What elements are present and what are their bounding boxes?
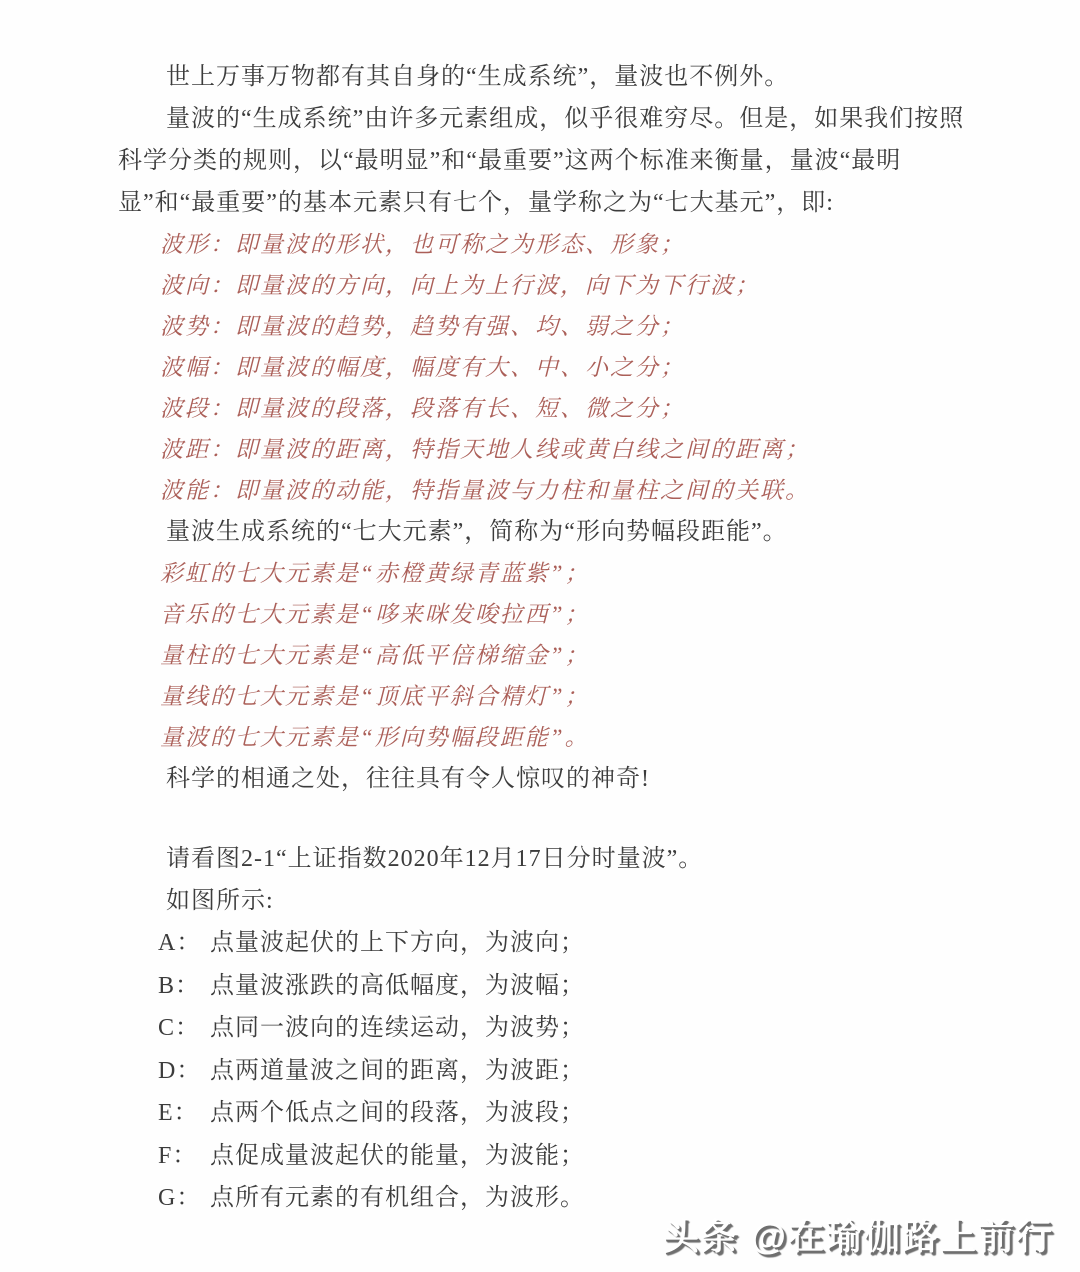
list-item: 波势：即量波的趋势，趋势有强、均、弱之分；	[160, 306, 968, 347]
point-label: B：	[158, 965, 210, 1008]
list-item: 量波的七大元素是“形向势幅段距能”。	[160, 717, 968, 758]
book-page: 世上万事万物都有其自身的“生成系统”，量波也不例外。 量波的“生成系统”由许多元…	[0, 0, 1080, 1272]
point-text: 点量波起伏的上下方向，为波向；	[210, 930, 585, 956]
as-shown-line: 如图所示:	[118, 880, 968, 922]
list-item: 波能：即量波的动能，特指量波与力柱和量柱之间的关联。	[160, 470, 968, 511]
list-item: 波向：即量波的方向，向上为上行波，向下为下行波；	[160, 265, 968, 306]
point-text: 点两道量波之间的距离，为波距；	[210, 1058, 585, 1084]
figure-point: D：点两道量波之间的距离，为波距；	[158, 1050, 968, 1093]
list-item: 波距：即量波的距离，特指天地人线或黄白线之间的距离；	[160, 429, 968, 470]
summary-line: 量波生成系统的“七大元素”，简称为“形向势幅段距能”。	[118, 511, 968, 553]
point-text: 点同一波向的连续运动，为波势；	[210, 1015, 585, 1041]
list-item: 量柱的七大元素是“高低平倍梯缩金”；	[160, 635, 968, 676]
point-label: A：	[158, 922, 210, 965]
figure-point: B：点量波涨跌的高低幅度，为波幅；	[158, 965, 968, 1008]
list-item: 波形：即量波的形状，也可称之为形态、形象；	[160, 224, 968, 265]
figure-point: F：点促成量波起伏的能量，为波能；	[158, 1135, 968, 1178]
list-item: 波段：即量波的段落，段落有长、短、微之分；	[160, 388, 968, 429]
figure-point: C：点同一波向的连续运动，为波势；	[158, 1007, 968, 1050]
point-label: D：	[158, 1050, 210, 1093]
exclaim-line: 科学的相通之处，往往具有令人惊叹的神奇!	[118, 758, 968, 800]
list-item: 音乐的七大元素是“哆来咪发唆拉西”；	[160, 594, 968, 635]
point-text: 点促成量波起伏的能量，为波能；	[210, 1143, 585, 1169]
seven-elements-list: 波形：即量波的形状，也可称之为形态、形象； 波向：即量波的方向，向上为上行波，向…	[118, 224, 968, 511]
point-text: 点所有元素的有机组合，为波形。	[210, 1185, 585, 1211]
point-label: F：	[158, 1135, 210, 1178]
point-label: G：	[158, 1177, 210, 1220]
figure-points-list: A：点量波起伏的上下方向，为波向； B：点量波涨跌的高低幅度，为波幅； C：点同…	[118, 922, 968, 1220]
figure-point: A：点量波起伏的上下方向，为波向；	[158, 922, 968, 965]
figure-point: E：点两个低点之间的段落，为波段；	[158, 1092, 968, 1135]
paragraph-gap	[118, 800, 968, 838]
point-label: C：	[158, 1007, 210, 1050]
list-item: 彩虹的七大元素是“赤橙黄绿青蓝紫”；	[160, 553, 968, 594]
analogies-list: 彩虹的七大元素是“赤橙黄绿青蓝紫”； 音乐的七大元素是“哆来咪发唆拉西”； 量柱…	[118, 553, 968, 758]
intro-paragraph-1: 世上万事万物都有其自身的“生成系统”，量波也不例外。	[118, 56, 968, 98]
point-text: 点两个低点之间的段落，为波段；	[210, 1100, 585, 1126]
point-text: 点量波涨跌的高低幅度，为波幅；	[210, 973, 585, 999]
page-content: 世上万事万物都有其自身的“生成系统”，量波也不例外。 量波的“生成系统”由许多元…	[118, 56, 968, 1220]
toutiao-watermark: 头条 @在瑜伽路上前行	[663, 1209, 1054, 1260]
figure-reference-line: 请看图2-1“上证指数2020年12月17日分时量波”。	[118, 838, 968, 880]
list-item: 量线的七大元素是“顶底平斜合精灯”；	[160, 676, 968, 717]
intro-paragraph-2: 量波的“生成系统”由许多元素组成，似乎很难穷尽。但是，如果我们按照科学分类的规则…	[118, 98, 968, 224]
list-item: 波幅：即量波的幅度，幅度有大、中、小之分；	[160, 347, 968, 388]
point-label: E：	[158, 1092, 210, 1135]
